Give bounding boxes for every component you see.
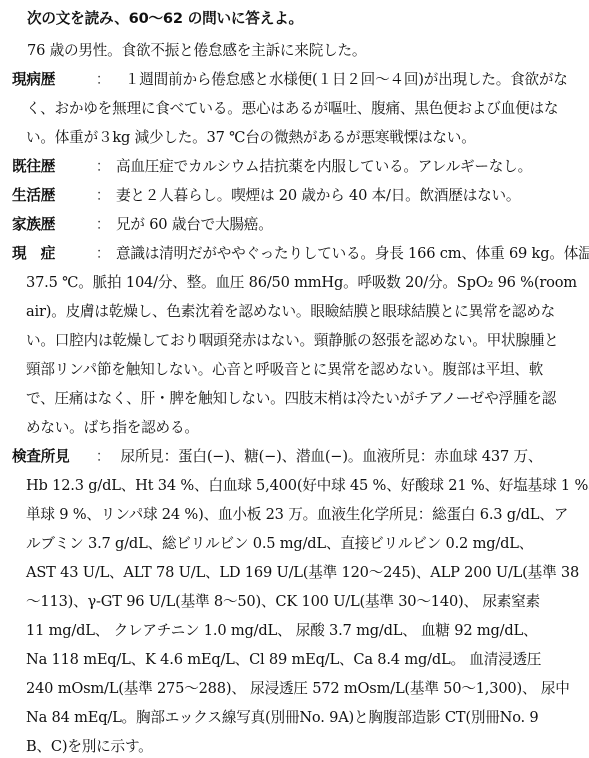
present-illness-label: 現病歴	[12, 71, 90, 89]
past-history-label: 既往歴	[12, 158, 90, 176]
lab-findings-line-10: Na 84 mEq/L。胸部エックス線写真(別冊No. 9A)と胸腹部造影 CT…	[26, 709, 538, 727]
patient-intro: 76 歳の男性。食欲不振と倦怠感を主訴に来院した。	[27, 42, 366, 60]
present-status-line-7: めない。ばち指を認める。	[26, 419, 199, 437]
present-status-line-3: air)。皮膚は乾燥し、色素沈着を認めない。眼瞼結膜と眼球結膜とに異常を認めな	[26, 303, 555, 321]
lab-findings-line-8: Na 118 mEq/L、K 4.6 mEq/L、Cl 89 mEq/L、Ca …	[26, 651, 541, 669]
family-history-text: 兄が 60 歳台で大腸癌。	[116, 216, 273, 233]
colon: ：	[90, 448, 116, 466]
family-history-label: 家族歴	[12, 216, 90, 234]
present-status-label: 現 症	[12, 245, 90, 263]
lab-findings-line-2: Hb 12.3 g/dL、Ht 34 %、白血球 5,400(好中球 45 %、…	[26, 477, 589, 495]
present-status-line-6: で、圧痛はなく、肝・脾を触知しない。四肢末梢は冷たいがチアノーゼや浮腫を認	[26, 390, 556, 408]
past-history-text: 高血圧症でカルシウム拮抗薬を内服している。アレルギーなし。	[116, 158, 532, 175]
social-history-text: 妻と２人暮らし。喫煙は 20 歳から 40 本/日。飲酒歴はない。	[116, 187, 520, 204]
lab-findings-line-1: 検査所見： 尿所見：蛋白(−)、糖(−)、潜血(−)。血液所見：赤血球 437 …	[12, 448, 542, 466]
lab-findings-line-5: AST 43 U/L、ALT 78 U/L、LD 169 U/L(基準 120〜…	[26, 564, 579, 582]
lab-findings-line-7: 11 mg/dL、 クレアチニン 1.0 mg/dL、 尿酸 3.7 mg/dL…	[26, 622, 537, 640]
colon: ：	[90, 71, 116, 89]
present-illness-line-3: い。体重が３kg 減少した。37 ℃台の微熱があるが悪寒戦慄はない。	[26, 129, 476, 147]
present-illness-line-1: 現病歴： １週間前から倦怠感と水様便(１日２回〜４回)が出現した。食欲がな	[12, 71, 568, 89]
present-status-line-5: 頸部リンパ節を触知しない。心音と呼吸音とに異常を認めない。腹部は平坦、軟	[26, 361, 543, 379]
present-illness-line-2: く、おかゆを無理に食べている。悪心はあるが嘔吐、腹痛、黒色便および血便はな	[26, 100, 558, 118]
lab-findings-line-11: B、C)を別に示す。	[26, 738, 153, 756]
colon: ：	[90, 158, 116, 176]
present-status-line-2: 37.5 ℃。脈拍 104/分、整。血圧 86/50 mmHg。呼吸数 20/分…	[26, 274, 577, 292]
present-status-line-1: 現 症：意識は清明だがややぐったりしている。身長 166 cm、体重 69 kg…	[12, 245, 589, 263]
lab-findings-line-9: 240 mOsm/L(基準 275〜288)、 尿浸透圧 572 mOsm/L(…	[26, 680, 570, 698]
lab-findings-line-4: ルブミン 3.7 g/dL、総ビリルビン 0.5 mg/dL、直接ビリルビン 0…	[26, 535, 533, 553]
colon: ：	[90, 187, 116, 205]
lab-findings-line-6: 〜113)、γ-GT 96 U/L(基準 8〜50)、CK 100 U/L(基準…	[26, 593, 540, 611]
lab-findings-line-3: 単球 9 %、リンパ球 24 %)、血小板 23 万。血液生化学所見：総蛋白 6…	[26, 506, 568, 524]
lab-findings-label: 検査所見	[12, 448, 90, 466]
colon: ：	[90, 216, 116, 234]
question-instruction: 次の文を読み、60〜62 の問いに答えよ。	[27, 10, 303, 28]
family-history: 家族歴：兄が 60 歳台で大腸癌。	[12, 216, 273, 234]
colon: ：	[90, 245, 116, 263]
social-history: 生活歴：妻と２人暮らし。喫煙は 20 歳から 40 本/日。飲酒歴はない。	[12, 187, 520, 205]
present-status-line-4: い。口腔内は乾燥しており咽頭発赤はない。頸静脈の怒張を認めない。甲状腺腫と	[26, 332, 559, 350]
exam-question-page: 次の文を読み、60〜62 の問いに答えよ。 76 歳の男性。食欲不振と倦怠感を主…	[0, 0, 589, 758]
past-history: 既往歴：高血圧症でカルシウム拮抗薬を内服している。アレルギーなし。	[12, 158, 532, 176]
social-history-label: 生活歴	[12, 187, 90, 205]
